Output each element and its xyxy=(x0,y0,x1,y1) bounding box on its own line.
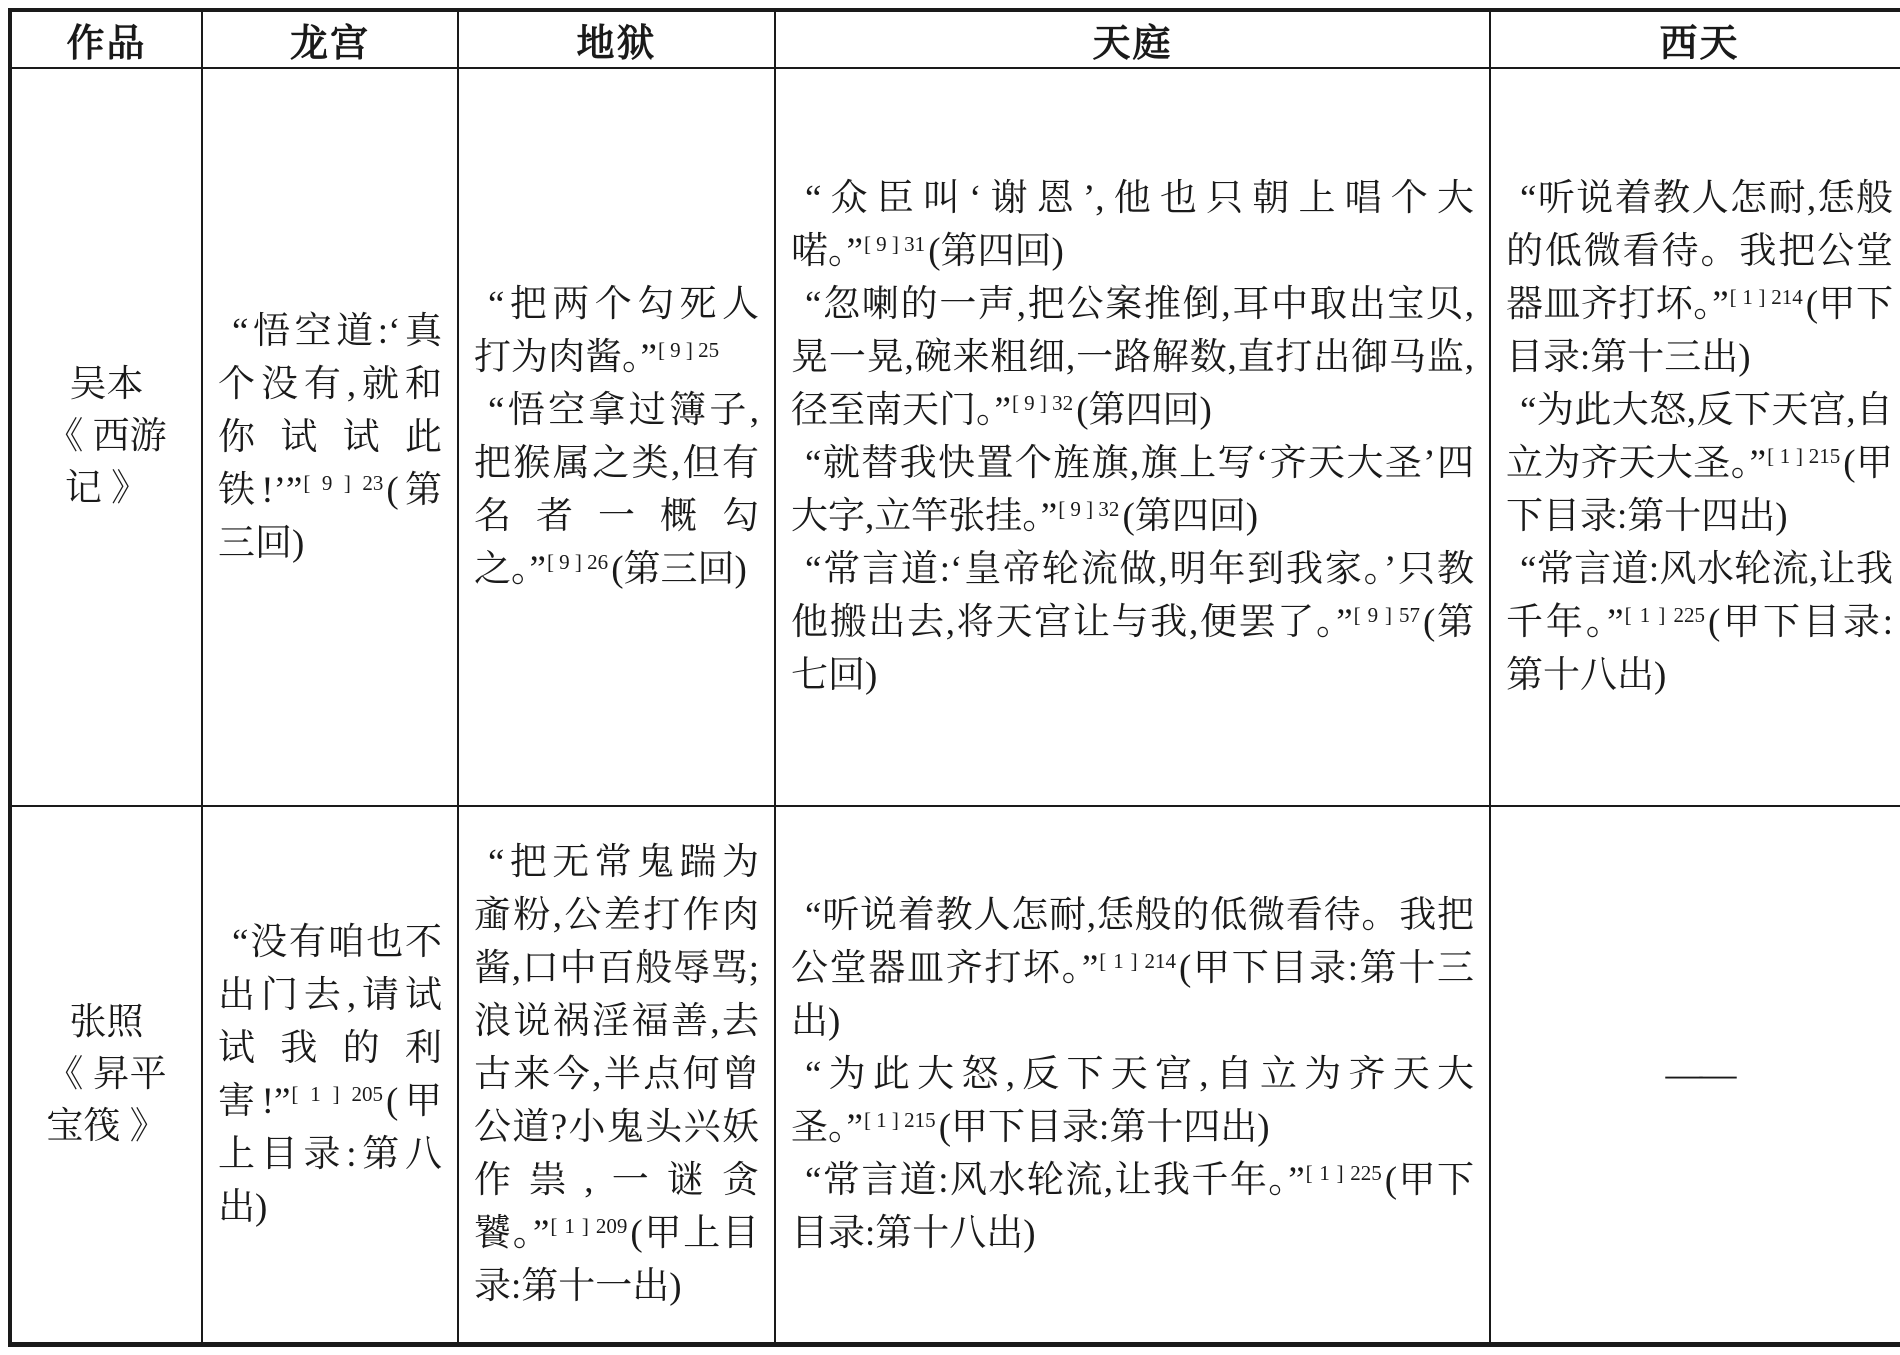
cell-longgong: “没有咱也不出门去,请试试我的利害!”[ 1 ] 205(甲上目录:第八出) xyxy=(202,806,458,1345)
citation-superscript: [ 9 ] 26 xyxy=(547,550,608,574)
citation-superscript: [ 1 ] 209 xyxy=(550,1214,627,1238)
quote-paragraph: —— xyxy=(1506,1048,1893,1101)
cell-tianting: “众臣叫‘谢恩’,他也只朝上唱个大喏。”[ 9 ] 31(第四回)“忽喇的一声,… xyxy=(775,68,1490,806)
citation-superscript: [ 9 ] 32 xyxy=(1058,497,1119,521)
work-title-line: 吴本 xyxy=(16,359,197,411)
column-header-hell: 地狱 xyxy=(458,10,775,68)
quote-paragraph: “就替我快置个旌旗,旗上写‘齐天大圣’四大字,立竿张挂。”[ 9 ] 32(第四… xyxy=(791,437,1474,543)
citation-superscript: [ 1 ] 225 xyxy=(1625,603,1705,627)
cell-diyu: “把两个勾死人打为肉酱。”[ 9 ] 25“悟空拿过簿子,把猴属之类,但有名者一… xyxy=(458,68,775,806)
quote-paragraph: “听说着教人怎耐,恁般的低微看待。我把公堂器皿齐打坏。”[ 1 ] 214(甲下… xyxy=(791,889,1474,1048)
citation-superscript: [ 1 ] 214 xyxy=(1730,285,1803,309)
citation-superscript: [ 1 ] 205 xyxy=(291,1082,383,1106)
quote-paragraph: “常言道:风水轮流,让我千年。”[ 1 ] 225(甲下目录:第十八出) xyxy=(791,1154,1474,1260)
quote-paragraph: “常言道:‘皇帝轮流做,明年到我家。’只教他搬出去,将天宫让与我,便罢了。”[ … xyxy=(791,543,1474,702)
cell-longgong: “悟空道:‘真个没有,就和你试试此铁!’”[ 9 ] 23(第三回) xyxy=(202,68,458,806)
table-row: 吴本《 西游记 》“悟空道:‘真个没有,就和你试试此铁!’”[ 9 ] 23(第… xyxy=(10,68,1900,806)
citation-superscript: [ 1 ] 214 xyxy=(1099,949,1176,973)
quote-paragraph: “听说着教人怎耐,恁般的低微看待。我把公堂器皿齐打坏。”[ 1 ] 214(甲下… xyxy=(1506,172,1893,384)
citation-superscript: [ 9 ] 32 xyxy=(1012,391,1073,415)
cell-xitian: “听说着教人怎耐,恁般的低微看待。我把公堂器皿齐打坏。”[ 1 ] 214(甲下… xyxy=(1490,68,1900,806)
quote-paragraph: “悟空道:‘真个没有,就和你试试此铁!’”[ 9 ] 23(第三回) xyxy=(218,305,442,570)
column-header-dragon-palace: 龙宫 xyxy=(202,10,458,68)
column-header-western-heaven: 西天 xyxy=(1490,10,1900,68)
quote-paragraph: “悟空拿过簿子,把猴属之类,但有名者一概勾之。”[ 9 ] 26(第三回) xyxy=(474,384,759,596)
cell-tianting: “听说着教人怎耐,恁般的低微看待。我把公堂器皿齐打坏。”[ 1 ] 214(甲下… xyxy=(775,806,1490,1345)
citation-superscript: [ 1 ] 225 xyxy=(1306,1161,1382,1185)
quote-paragraph: “为此大怒,反下天宫,自立为齐天大圣。”[ 1 ] 215(甲下目录:第十四出) xyxy=(1506,384,1893,543)
cell-diyu: “把无常鬼踹为齑粉,公差打作肉酱,口中百般辱骂;浪说祸淫福善,去古来今,半点何曾… xyxy=(458,806,775,1345)
column-header-heavenly-court: 天庭 xyxy=(775,10,1490,68)
citation-superscript: [ 9 ] 25 xyxy=(658,338,719,362)
citation-superscript: [ 1 ] 215 xyxy=(1767,444,1840,468)
work-title-line: 《 昇平 xyxy=(16,1049,197,1101)
work-title-cell: 吴本《 西游记 》 xyxy=(10,68,202,806)
header-row: 作品 龙宫 地狱 天庭 西天 xyxy=(10,10,1900,68)
citation-superscript: [ 1 ] 215 xyxy=(864,1108,936,1132)
citation-superscript: [ 9 ] 57 xyxy=(1354,603,1420,627)
cell-xitian: —— xyxy=(1490,806,1900,1345)
table-row: 张照《 昇平宝筏 》“没有咱也不出门去,请试试我的利害!”[ 1 ] 205(甲… xyxy=(10,806,1900,1345)
quote-paragraph: “常言道:风水轮流,让我千年。”[ 1 ] 225(甲下目录:第十八出) xyxy=(1506,543,1893,702)
work-title-line: 《 西游 xyxy=(16,411,197,463)
quote-paragraph: “把无常鬼踹为齑粉,公差打作肉酱,口中百般辱骂;浪说祸淫福善,去古来今,半点何曾… xyxy=(474,836,759,1313)
column-header-work: 作品 xyxy=(10,10,202,68)
document-page: 作品 龙宫 地狱 天庭 西天 吴本《 西游记 》“悟空道:‘真个没有,就和你试试… xyxy=(0,0,1900,1355)
quote-paragraph: “把两个勾死人打为肉酱。”[ 9 ] 25 xyxy=(474,278,759,384)
work-title-line: 宝筏 》 xyxy=(16,1101,197,1153)
work-title-line: 记 》 xyxy=(16,463,197,515)
work-title-line: 张照 xyxy=(16,997,197,1049)
citation-superscript: [ 9 ] 23 xyxy=(303,471,383,495)
quote-paragraph: “众臣叫‘谢恩’,他也只朝上唱个大喏。”[ 9 ] 31(第四回) xyxy=(791,172,1474,278)
quote-paragraph: “为此大怒,反下天宫,自立为齐天大圣。”[ 1 ] 215(甲下目录:第十四出) xyxy=(791,1048,1474,1154)
quote-paragraph: “没有咱也不出门去,请试试我的利害!”[ 1 ] 205(甲上目录:第八出) xyxy=(218,916,442,1234)
citation-superscript: [ 9 ] 31 xyxy=(864,232,925,256)
work-title-cell: 张照《 昇平宝筏 》 xyxy=(10,806,202,1345)
quote-paragraph: “忽喇的一声,把公案推倒,耳中取出宝贝,晃一晃,碗来粗细,一路解数,直打出御马监… xyxy=(791,278,1474,437)
comparison-table: 作品 龙宫 地狱 天庭 西天 吴本《 西游记 》“悟空道:‘真个没有,就和你试试… xyxy=(8,8,1900,1347)
